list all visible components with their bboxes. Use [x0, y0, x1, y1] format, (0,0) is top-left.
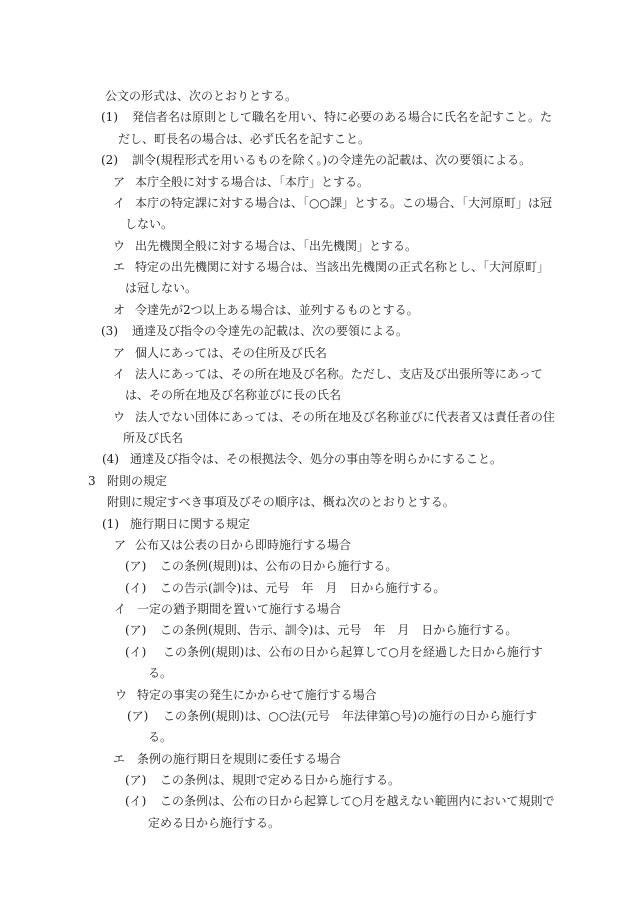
paragraph-text: は、その所在地及び名称並びに長の氏名 [125, 385, 341, 406]
paragraph-text: 令達先が2つ以上ある場合は、並列するものとする。 [135, 300, 419, 321]
item-3-notice-recipients: (3) 通達及び指令の令達先の記載は、次の要領による。 [0, 321, 630, 342]
subsubitem-i: (イ) この条例(規則)は、公布の日から起算して○月を経過した日から施行す [0, 642, 630, 663]
paragraph-text: この条例は、規則で定める日から施行する。 [160, 770, 400, 791]
paragraph-text: 訓令(規程形式を用いるものを除く。)の令達先の記載は、次の要領による。 [132, 150, 531, 171]
item-label: イ [113, 193, 125, 214]
item-label: (1) [101, 107, 118, 128]
paragraph-text: る。 [148, 663, 172, 684]
paragraph-text: 特定の事実の発生にかからせて施行する場合 [137, 685, 377, 706]
item-1-continuation: だし、町長名の場合は、必ず氏名を記すこと。 [0, 129, 630, 150]
subsubitem-a: (ア) この条例(規則、告示、訓令)は、元号 年 月 日から施行する。 [0, 620, 630, 641]
paragraph-text: この条例(規則)は、公布の日から施行する。 [160, 556, 397, 577]
subsubitem-a: (ア) この条例(規則)は、○○法(元号 年法律第○号)の施行の日から施行す [0, 706, 630, 727]
item-label: エ [113, 749, 125, 770]
item-label: (ア) [127, 706, 148, 727]
paragraph-text: この条例は、公布の日から起算して○月を越えない範囲内において規則で [160, 791, 554, 812]
document-body: 公文の形式は、次のとおりとする。 (1) 発信者名は原則として職名を用い、特に必… [0, 86, 630, 834]
paragraph-text: この条例(規則、告示、訓令)は、元号 年 月 日から施行する。 [160, 620, 517, 641]
item-label: (4) [102, 449, 119, 470]
item-label: ア [114, 535, 126, 556]
section-3-intro: 附則に規定すべき事項及びその順序は、概ね次のとおりとする。 [0, 492, 630, 513]
subitem-e-continuation: は冠しない。 [0, 278, 630, 299]
item-label: イ [114, 599, 126, 620]
subitem-i-continuation: は、その所在地及び名称並びに長の氏名 [0, 385, 630, 406]
subsubitem-i: (イ) この条例は、公布の日から起算して○月を越えない範囲内において規則で [0, 791, 630, 812]
item-label: (3) [101, 321, 118, 342]
item-label: (2) [101, 150, 118, 171]
item-label: ウ [115, 685, 127, 706]
item-1-sender-name: (1) 発信者名は原則として職名を用い、特に必要のある場合に氏名を記すこと。た [0, 107, 630, 128]
item-label: (1) [102, 514, 119, 535]
item-label: (イ) [125, 578, 146, 599]
section-number: 3 [88, 471, 96, 492]
subsubitem-a: (ア) この条例は、規則で定める日から施行する。 [0, 770, 630, 791]
paragraph-text: この告示(訓令)は、元号 年 月 日から施行する。 [160, 578, 445, 599]
subitem-i-continuation: しない。 [0, 214, 630, 235]
subitem-i: イ 本庁の特定課に対する場合は、「○○課」とする。この場合、「大河原町」は冠 [0, 193, 630, 214]
subitem-a: ア 本庁全般に対する場合は、「本庁」とする。 [0, 172, 630, 193]
item-label: (ア) [125, 556, 146, 577]
subitem-a: ア 個人にあっては、その住所及び氏名 [0, 343, 630, 364]
paragraph-text: 所及び氏名 [123, 428, 183, 449]
paragraph-text: 公文の形式は、次のとおりとする。 [105, 86, 297, 107]
paragraph-text: 発信者名は原則として職名を用い、特に必要のある場合に氏名を記すこと。た [132, 107, 552, 128]
paragraph-text: この条例(規則)は、公布の日から起算して○月を経過した日から施行す [163, 642, 543, 663]
paragraph-text: 一定の猶予期間を置いて施行する場合 [137, 599, 341, 620]
subitem-i: イ 一定の猶予期間を置いて施行する場合 [0, 599, 630, 620]
form-intro: 公文の形式は、次のとおりとする。 [0, 86, 630, 107]
paragraph-text: この条例(規則)は、○○法(元号 年法律第○号)の施行の日から施行す [163, 706, 537, 727]
subitem-u: ウ 出先機関全般に対する場合は、「出先機関」とする。 [0, 236, 630, 257]
subitem-o: オ 令達先が2つ以上ある場合は、並列するものとする。 [0, 300, 630, 321]
paragraph-text: 個人にあっては、その住所及び氏名 [135, 343, 327, 364]
item-label: ウ [113, 236, 125, 257]
document-page: 公文の形式は、次のとおりとする。 (1) 発信者名は原則として職名を用い、特に必… [0, 0, 630, 916]
paragraph-text: 出先機関全般に対する場合は、「出先機関」とする。 [135, 236, 417, 257]
paragraph-text: 特定の出先機関に対する場合は、当該出先機関の正式名称とし、「大河原町」 [135, 257, 549, 278]
item-label: ア [113, 343, 125, 364]
subitem-u: ウ 法人でない団体にあっては、その所在地及び名称並びに代表者又は責任者の住 [0, 407, 630, 428]
item-label: (ア) [125, 620, 146, 641]
subsubitem-i-continuation: る。 [0, 663, 630, 684]
paragraph-text: 条例の施行期日を規則に委任する場合 [137, 749, 341, 770]
paragraph-text: 法人にあっては、その所在地及び名称。ただし、支店及び出張所等にあって [135, 364, 543, 385]
item-label: イ [113, 364, 125, 385]
paragraph-text: 本庁の特定課に対する場合は、「○○課」とする。この場合、「大河原町」は冠 [135, 193, 552, 214]
subitem-u-continuation: 所及び氏名 [0, 428, 630, 449]
paragraph-text: 定める日から施行する。 [148, 813, 280, 834]
item-4-legal-basis: (4) 通達及び指令は、その根拠法令、処分の事由等を明らかにすること。 [0, 449, 630, 470]
subitem-i: イ 法人にあっては、その所在地及び名称。ただし、支店及び出張所等にあって [0, 364, 630, 385]
subsubitem-a-continuation: る。 [0, 727, 630, 748]
paragraph-text: 施行期日に関する規定 [130, 514, 250, 535]
item-label: オ [113, 300, 125, 321]
paragraph-text: だし、町長名の場合は、必ず氏名を記すこと。 [118, 129, 370, 150]
paragraph-text: 本庁全般に対する場合は、「本庁」とする。 [135, 172, 369, 193]
paragraph-text: 公布又は公表の日から即時施行する場合 [135, 535, 351, 556]
subsubitem-i: (イ) この告示(訓令)は、元号 年 月 日から施行する。 [0, 578, 630, 599]
subitem-e: エ 条例の施行期日を規則に委任する場合 [0, 749, 630, 770]
paragraph-text: る。 [148, 727, 172, 748]
subsubitem-i-continuation: 定める日から施行する。 [0, 813, 630, 834]
item-2-directive-recipients: (2) 訓令(規程形式を用いるものを除く。)の令達先の記載は、次の要領による。 [0, 150, 630, 171]
item-label: (ア) [125, 770, 146, 791]
paragraph-text: 法人でない団体にあっては、その所在地及び名称並びに代表者又は責任者の住 [135, 407, 555, 428]
item-label: エ [113, 257, 125, 278]
item-label: ウ [113, 407, 125, 428]
section-title: 附則の規定 [107, 471, 167, 492]
section-3-heading: 3 附則の規定 [0, 471, 630, 492]
subsubitem-a: (ア) この条例(規則)は、公布の日から施行する。 [0, 556, 630, 577]
paragraph-text: は冠しない。 [125, 278, 197, 299]
paragraph-text: 通達及び指令は、その根拠法令、処分の事由等を明らかにすること。 [130, 449, 502, 470]
subitem-u: ウ 特定の事実の発生にかからせて施行する場合 [0, 685, 630, 706]
paragraph-text: 附則に規定すべき事項及びその順序は、概ね次のとおりとする。 [107, 492, 455, 513]
subitem-a: ア 公布又は公表の日から即時施行する場合 [0, 535, 630, 556]
item-label: (イ) [125, 642, 146, 663]
item-label: (イ) [125, 791, 146, 812]
paragraph-text: 通達及び指令の令達先の記載は、次の要領による。 [132, 321, 408, 342]
item-label: ア [113, 172, 125, 193]
item-1-effective-date: (1) 施行期日に関する規定 [0, 514, 630, 535]
paragraph-text: しない。 [125, 214, 173, 235]
subitem-e: エ 特定の出先機関に対する場合は、当該出先機関の正式名称とし、「大河原町」 [0, 257, 630, 278]
